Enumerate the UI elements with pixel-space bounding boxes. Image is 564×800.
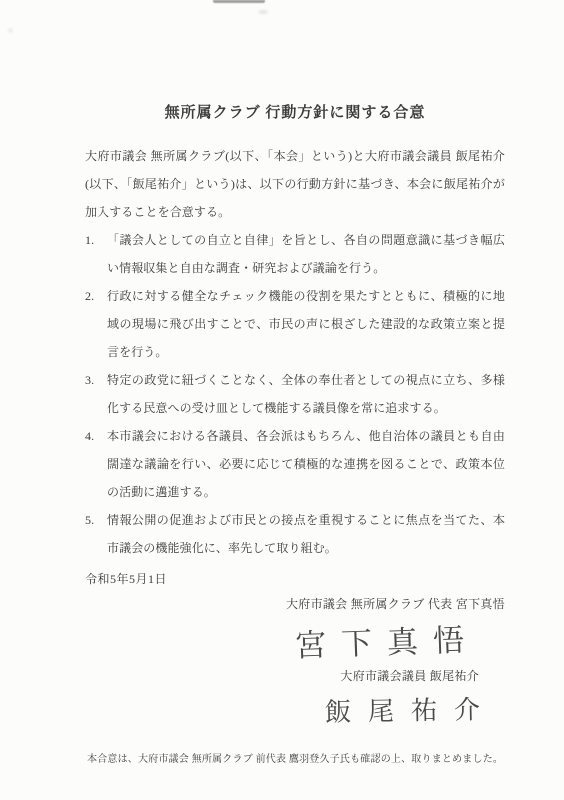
document-date: 令和5年5月1日	[85, 566, 505, 592]
document-body: 無所属クラブ 行動方針に関する合意 大府市議会 無所属クラブ(以下、「本会」とい…	[0, 0, 564, 772]
policy-item-number: 4.	[85, 422, 94, 450]
policy-item-number: 1.	[85, 226, 94, 254]
policy-item-text: 情報公開の促進および市民との接点を重視することに焦点を当てた、本市議会の機能強化…	[107, 513, 505, 555]
policy-item: 3. 特定の政党に紐づくことなく、全体の奉仕者としての視点に立ち、多様化する民意…	[85, 366, 505, 422]
document-title: 無所属クラブ 行動方針に関する合意	[85, 102, 505, 124]
confirmation-footnote: 本合意は、大府市議会 無所属クラブ 前代表 鷹羽登久子氏も確認の上、取りまとめま…	[87, 748, 505, 772]
signatory-attribution-representative: 大府市議会 無所属クラブ 代表 宮下真悟	[85, 592, 505, 616]
policy-list: 1. 「議会人としての自立と自律」を旨とし、各自の問題意識に基づき幅広い情報収集…	[85, 226, 505, 562]
policy-item-number: 2.	[85, 282, 94, 310]
signature-block: 大府市議会 無所属クラブ 代表 宮下真悟 宮下真悟 大府市議会議員 飯尾祐介 飯…	[85, 592, 505, 732]
policy-item: 1. 「議会人としての自立と自律」を旨とし、各自の問題意識に基づき幅広い情報収集…	[85, 226, 505, 282]
policy-item: 5. 情報公開の促進および市民との接点を重視することに焦点を当てた、本市議会の機…	[85, 506, 505, 562]
policy-item-text: 行政に対する健全なチェック機能の役割を果たすとともに、積極的に地域の現場に飛び出…	[107, 289, 505, 359]
handwritten-signature-iio: 飯尾祐介	[85, 688, 498, 739]
policy-item: 4. 本市議会における各議員、各会派はもちろん、他自治体の議員とも自由闊達な議論…	[85, 422, 505, 506]
policy-item-number: 3.	[85, 366, 94, 394]
policy-item-number: 5.	[85, 506, 94, 534]
policy-item-text: 本市議会における各議員、各会派はもちろん、他自治体の議員とも自由闊達な議論を行い…	[107, 429, 505, 499]
intro-paragraph: 大府市議会 無所属クラブ(以下、「本会」という)と大府市議会議員 飯尾祐介(以下…	[85, 142, 505, 226]
policy-item: 2. 行政に対する健全なチェック機能の役割を果たすとともに、積極的に地域の現場に…	[85, 282, 505, 366]
scanned-agreement-page: 無所属クラブ 行動方針に関する合意 大府市議会 無所属クラブ(以下、「本会」とい…	[0, 0, 564, 800]
policy-item-text: 「議会人としての自立と自律」を旨とし、各自の問題意識に基づき幅広い情報収集と自由…	[107, 233, 505, 275]
policy-item-text: 特定の政党に紐づくことなく、全体の奉仕者としての視点に立ち、多様化する民意への受…	[107, 373, 505, 415]
